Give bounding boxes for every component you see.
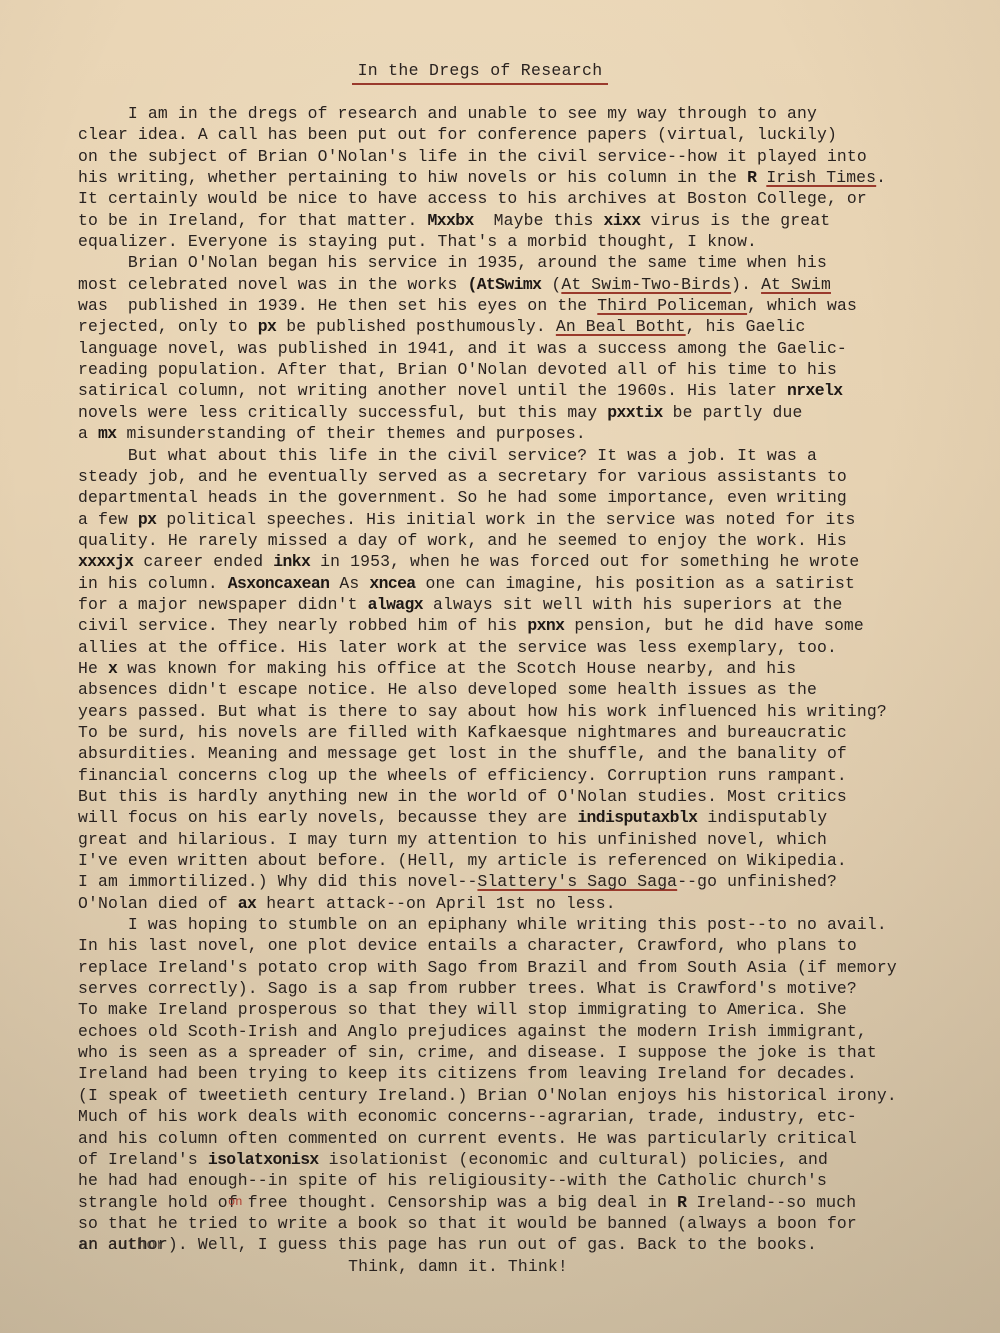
text-run: isolationist (economic and cultural) pol…: [319, 1150, 828, 1169]
text-line: of Ireland's isolatxonisx isolationist (…: [78, 1149, 978, 1170]
text-line: satirical column, not writing another no…: [78, 380, 978, 401]
text-line: will focus on his early novels, becausse…: [78, 807, 978, 828]
text-line: To be surd, his novels are filled with K…: [78, 722, 978, 743]
text-line: language novel, was published in 1941, a…: [78, 338, 978, 359]
text-run: I've even written about before. (Hell, m…: [78, 851, 847, 870]
text-line: so that he tried to write a book so that…: [78, 1213, 978, 1234]
text-line: strangle hold of free thought. Censorshi…: [78, 1192, 978, 1213]
text-line: Ireland had been trying to keep its citi…: [78, 1063, 978, 1084]
text-line: steady job, and he eventually served as …: [78, 466, 978, 487]
text-line: equalizer. Everyone is staying put. That…: [78, 231, 978, 252]
text-line: I've even written about before. (Hell, m…: [78, 850, 978, 871]
text-line: But this is hardly anything new in the w…: [78, 786, 978, 807]
text-run: , which was: [747, 296, 857, 315]
text-run: But what about this life in the civil se…: [78, 446, 817, 465]
text-run: But this is hardly anything new in the w…: [78, 787, 847, 806]
overtyped-fragment: an author: [79, 1236, 165, 1254]
closing-line: Think, damn it. Think!: [78, 1256, 838, 1277]
text-line: to be in Ireland, for that matter. Mxxbx…: [78, 210, 978, 231]
underlined-title: Irish Times: [766, 168, 876, 187]
text-run: career ended: [133, 552, 273, 571]
text-run: language novel, was published in 1941, a…: [78, 339, 847, 358]
text-line: a few px political speeches. His initial…: [78, 509, 978, 530]
text-run: civil service. They nearly robbed him of…: [78, 616, 527, 635]
text-run: I am immortilized.) Why did this novel--: [78, 872, 477, 891]
text-line: most celebrated novel was in the works (…: [78, 274, 978, 295]
text-line: novels were less critically successful, …: [78, 402, 978, 423]
text-run: Maybe this: [474, 211, 604, 230]
text-line: I am in the dregs of research and unable…: [78, 103, 978, 124]
struck-out-text: px: [138, 510, 156, 529]
underlined-title: At Swim: [761, 275, 831, 294]
struck-out-text: mx: [98, 424, 116, 443]
text-run: so that he tried to write a book so that…: [78, 1214, 857, 1233]
text-run: (I speak of tweetieth century Ireland.) …: [78, 1086, 897, 1105]
text-line: civil service. They nearly robbed him of…: [78, 615, 978, 636]
page-title-block: In the Dregs of Research: [0, 60, 960, 85]
text-line: replace Ireland's potato crop with Sago …: [78, 957, 978, 978]
text-line: who is seen as a spreader of sin, crime,…: [78, 1042, 978, 1063]
text-line: a mx misunderstanding of their themes an…: [78, 423, 978, 444]
text-run: will focus on his early novels, becausse…: [78, 808, 577, 827]
text-line: It certainly would be nice to have acces…: [78, 188, 978, 209]
struck-out-text: R: [747, 168, 756, 187]
text-run: and his column often commented on curren…: [78, 1129, 857, 1148]
text-run: clear idea. A call has been put out for …: [78, 125, 837, 144]
text-line: To make Ireland prosperous so that they …: [78, 999, 978, 1020]
text-run: departmental heads in the government. So…: [78, 488, 847, 507]
text-run: years passed. But what is there to say a…: [78, 702, 887, 721]
text-run: reading population. After that, Brian O'…: [78, 360, 837, 379]
text-run: He: [78, 659, 108, 678]
text-run: In his last novel, one plot device entai…: [78, 936, 857, 955]
text-run: misunderstanding of their themes and pur…: [116, 424, 585, 443]
text-run: Ireland had been trying to keep its citi…: [78, 1064, 857, 1083]
struck-out-text: pxnx: [527, 616, 564, 635]
text-run: O'Nolan died of: [78, 894, 238, 913]
text-run: absurdities. Meaning and message get los…: [78, 744, 847, 763]
text-line: quality. He rarely missed a day of work,…: [78, 530, 978, 551]
text-run: Brian O'Nolan began his service in 1935,…: [78, 253, 827, 272]
underlined-title: Slattery's Sago Saga: [477, 872, 677, 891]
text-run: novels were less critically successful, …: [78, 403, 607, 422]
text-line: and his column often commented on curren…: [78, 1128, 978, 1149]
text-run: Ireland--so much: [686, 1193, 856, 1212]
underlined-title: At Swim-Two-Birds: [561, 275, 731, 294]
text-run: As: [329, 574, 369, 593]
text-run: be partly due: [663, 403, 803, 422]
text-run: To be surd, his novels are filled with K…: [78, 723, 847, 742]
text-line: Much of his work deals with economic con…: [78, 1106, 978, 1127]
text-run: serves correctly). Sago is a sap from ru…: [78, 979, 857, 998]
text-line: I was hoping to stumble on an epiphany w…: [78, 914, 978, 935]
text-run: steady job, and he eventually served as …: [78, 467, 847, 486]
text-run: be published posthumously.: [276, 317, 556, 336]
text-line: absences didn't escape notice. He also d…: [78, 679, 978, 700]
text-run: an author). Well, I guess this page has …: [78, 1235, 817, 1254]
text-run: heart attack--on April 1st no less.: [256, 894, 616, 913]
text-run: who is seen as a spreader of sin, crime,…: [78, 1043, 877, 1062]
struck-out-text: Asxoncaxean: [228, 574, 330, 593]
struck-out-text: px: [258, 317, 276, 336]
document-body: I am in the dregs of research and unable…: [78, 103, 978, 1277]
text-line: xxxxjx career ended inkx in 1953, when h…: [78, 551, 978, 572]
struck-out-text: xxxxjx: [78, 552, 133, 571]
text-run: in 1953, when he was forced out for some…: [310, 552, 859, 571]
text-run: quality. He rarely missed a day of work,…: [78, 531, 847, 550]
text-line: (I speak of tweetieth century Ireland.) …: [78, 1085, 978, 1106]
text-run: to be in Ireland, for that matter.: [78, 211, 428, 230]
handwritten-correction: on: [228, 1195, 242, 1209]
text-run: was published in 1939. He then set his e…: [78, 296, 597, 315]
typed-page: In the Dregs of Research I am in the dre…: [0, 0, 1000, 1333]
text-run: a few: [78, 510, 138, 529]
text-run: always sit well with his superiors at th…: [423, 595, 842, 614]
struck-out-text: xncea: [369, 574, 415, 593]
struck-out-text: inkx: [273, 552, 310, 571]
text-line: In his last novel, one plot device entai…: [78, 935, 978, 956]
text-line: serves correctly). Sago is a sap from ru…: [78, 978, 978, 999]
text-run: virus is the great: [640, 211, 830, 230]
text-run: I was hoping to stumble on an epiphany w…: [78, 915, 887, 934]
text-run: replace Ireland's potato crop with Sago …: [78, 958, 897, 977]
text-line: departmental heads in the government. So…: [78, 487, 978, 508]
text-line: He x was known for making his office at …: [78, 658, 978, 679]
text-run: he had had enough--in spite of his relig…: [78, 1171, 827, 1190]
text-line: reading population. After that, Brian O'…: [78, 359, 978, 380]
text-line: his writing, whether pertaining to hiw n…: [78, 167, 978, 188]
text-line: But what about this life in the civil se…: [78, 445, 978, 466]
text-run: rejected, only to: [78, 317, 258, 336]
text-line: echoes old Scoth-Irish and Anglo prejudi…: [78, 1021, 978, 1042]
struck-out-text: pxxtix: [607, 403, 662, 422]
text-run: strangle hold of free thought. Censorshi…: [78, 1193, 677, 1212]
text-run: (: [541, 275, 561, 294]
text-line: financial concerns clog up the wheels of…: [78, 765, 978, 786]
struck-out-text: x: [108, 659, 117, 678]
text-run: most celebrated novel was in the works: [78, 275, 467, 294]
struck-out-text: isolatxonisx: [208, 1150, 319, 1169]
text-run: , his Gaelic: [686, 317, 806, 336]
text-run: a: [78, 424, 98, 443]
text-line: Brian O'Nolan began his service in 1935,…: [78, 252, 978, 273]
text-line: great and hilarious. I may turn my atten…: [78, 829, 978, 850]
text-run: allies at the office. His later work at …: [78, 638, 837, 657]
text-run: in his column.: [78, 574, 228, 593]
text-run: Much of his work deals with economic con…: [78, 1107, 857, 1126]
text-line: O'Nolan died of ax heart attack--on Apri…: [78, 893, 978, 914]
struck-out-text: ax: [238, 894, 256, 913]
struck-out-text: Mxxbx: [428, 211, 474, 230]
text-run: one can imagine, his position as a satir…: [416, 574, 855, 593]
struck-out-text: (AtSwimx: [467, 275, 541, 294]
text-line: I am immortilized.) Why did this novel--…: [78, 871, 978, 892]
text-line: clear idea. A call has been put out for …: [78, 124, 978, 145]
text-run: .: [876, 168, 886, 187]
text-line: was published in 1939. He then set his e…: [78, 295, 978, 316]
text-run: --go unfinished?: [677, 872, 837, 891]
text-run: echoes old Scoth-Irish and Anglo prejudi…: [78, 1022, 867, 1041]
text-run: indisputably: [697, 808, 827, 827]
page-title: In the Dregs of Research: [352, 60, 609, 85]
text-run: was known for making his office at the S…: [117, 659, 796, 678]
text-run: I am in the dregs of research and unable…: [78, 104, 817, 123]
text-line: an author). Well, I guess this page has …: [78, 1234, 978, 1255]
text-run: for a major newspaper didn't: [78, 595, 368, 614]
text-run: great and hilarious. I may turn my atten…: [78, 830, 827, 849]
text-run: pension, but he did have some: [564, 616, 864, 635]
underlined-title: An Beal Botht: [556, 317, 686, 336]
text-line: allies at the office. His later work at …: [78, 637, 978, 658]
text-run: of Ireland's: [78, 1150, 208, 1169]
text-line: rejected, only to px be published posthu…: [78, 316, 978, 337]
struck-out-text: indisputaxblx: [577, 808, 697, 827]
text-line: absurdities. Meaning and message get los…: [78, 743, 978, 764]
text-line: on the subject of Brian O'Nolan's life i…: [78, 146, 978, 167]
text-run: [756, 168, 766, 187]
text-run: To make Ireland prosperous so that they …: [78, 1000, 847, 1019]
text-run: It certainly would be nice to have acces…: [78, 189, 867, 208]
text-line: in his column. Asxoncaxean As xncea one …: [78, 573, 978, 594]
text-run: satirical column, not writing another no…: [78, 381, 787, 400]
text-run: financial concerns clog up the wheels of…: [78, 766, 847, 785]
text-run: absences didn't escape notice. He also d…: [78, 680, 817, 699]
text-run: political speeches. His initial work in …: [156, 510, 855, 529]
struck-out-text: nrxelx: [787, 381, 842, 400]
struck-out-text: alwagx: [368, 595, 423, 614]
text-run: ).: [731, 275, 761, 294]
underlined-title: Third Policeman: [597, 296, 747, 315]
struck-out-text: xixx: [604, 211, 641, 230]
text-line: years passed. But what is there to say a…: [78, 701, 978, 722]
text-line: he had had enough--in spite of his relig…: [78, 1170, 978, 1191]
text-run: on the subject of Brian O'Nolan's life i…: [78, 147, 867, 166]
text-run: equalizer. Everyone is staying put. That…: [78, 232, 757, 251]
text-run: his writing, whether pertaining to hiw n…: [78, 168, 747, 187]
text-line: for a major newspaper didn't alwagx alwa…: [78, 594, 978, 615]
